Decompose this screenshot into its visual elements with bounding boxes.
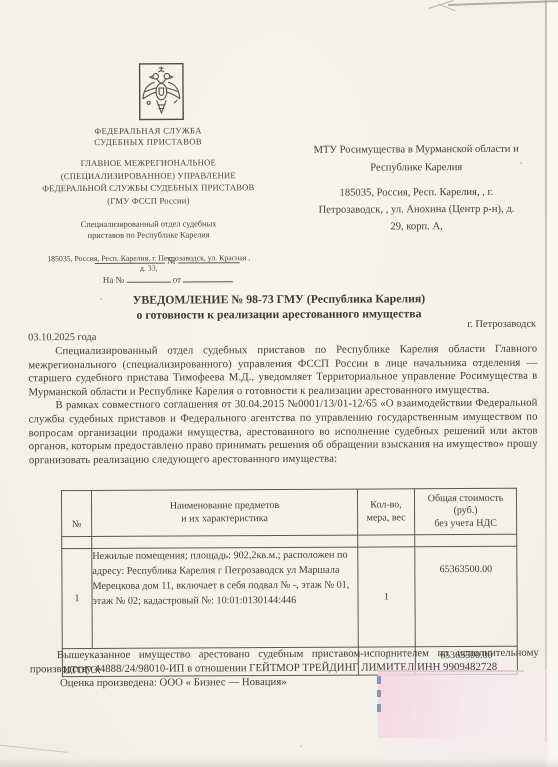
division-name: ГЛАВНОЕ МЕЖРЕГИОНАЛЬНОЕ (СПЕЦИАЛИЗИРОВАН… — [9, 156, 287, 207]
table-header-cost: Общая стоимость (руб.) без учета НДС — [414, 488, 516, 535]
item-description: Нежилые помещения; площадь: 902,2кв.м.; … — [92, 547, 359, 648]
number-label: № — [167, 256, 176, 266]
body-paragraph-2: В рамках совместного соглашения от 30.04… — [28, 397, 537, 468]
scan-speck — [100, 298, 102, 300]
scan-speck — [300, 745, 302, 747]
scan-speck — [520, 162, 522, 164]
document-content: ФЕДЕРАЛЬНАЯ СЛУЖБА СУДЕБНЫХ ПРИСТАВОВ ГЛ… — [0, 0, 558, 767]
reply-label: На № — [103, 275, 124, 285]
coat-of-arms-icon — [139, 62, 184, 120]
blue-margin-mark — [377, 690, 381, 697]
scan-speck — [58, 398, 60, 400]
recipient-address: 185035, Россия, Респ. Карелия, , г. Петр… — [287, 184, 545, 236]
table-header-qty: Кол-во, мера, вес — [357, 489, 414, 535]
scan-speck — [476, 322, 478, 324]
agency-name: ФЕДЕРАЛЬНАЯ СЛУЖБА СУДЕБНЫХ ПРИСТАВОВ — [9, 125, 287, 148]
outgoing-number-line: № — [95, 252, 240, 266]
document-city: г. Петрозаводск — [28, 319, 536, 333]
scanned-document: ФЕДЕРАЛЬНАЯ СЛУЖБА СУДЕБНЫХ ПРИСТАВОВ ГЛ… — [0, 0, 558, 767]
item-number: 1 — [62, 548, 93, 648]
department-name: Специализированный отдел судебных приста… — [10, 219, 288, 241]
scan-bottom-shadow — [0, 758, 558, 767]
blank-line — [178, 252, 240, 263]
blue-margin-mark — [377, 704, 381, 712]
table-header-name: Наименование предметов и их характеристи… — [91, 489, 357, 536]
scan-right-margin — [547, 0, 558, 767]
table-header-row: № Наименование предметов и их характерис… — [61, 488, 516, 536]
recipient-block: МТУ Росимущества в Мурманской области и … — [287, 141, 545, 236]
item-quantity: 1 — [358, 547, 416, 647]
pink-redaction-stamp — [378, 670, 524, 738]
table-row: 1 Нежилые помещения; площадь: 902,2кв.м.… — [62, 546, 518, 648]
body-paragraph-1: Специализированный отдел судебных приста… — [28, 343, 537, 400]
table-header-num: № — [61, 490, 91, 536]
document-date: 03.10.2025 года — [28, 332, 96, 343]
incoming-number-line: На № от — [103, 271, 233, 285]
page-edge-line — [545, 0, 547, 742]
blue-margin-mark — [377, 676, 381, 684]
recipient-name: МТУ Росимущества в Мурманской области и … — [287, 141, 545, 177]
blank-line — [126, 272, 170, 283]
item-cost: 65363500.00 — [415, 546, 518, 647]
reply-from-label: от — [173, 275, 181, 285]
document-body: Специализированный отдел судебных приста… — [28, 343, 538, 468]
blank-line — [183, 271, 233, 282]
blank-line — [95, 253, 165, 264]
